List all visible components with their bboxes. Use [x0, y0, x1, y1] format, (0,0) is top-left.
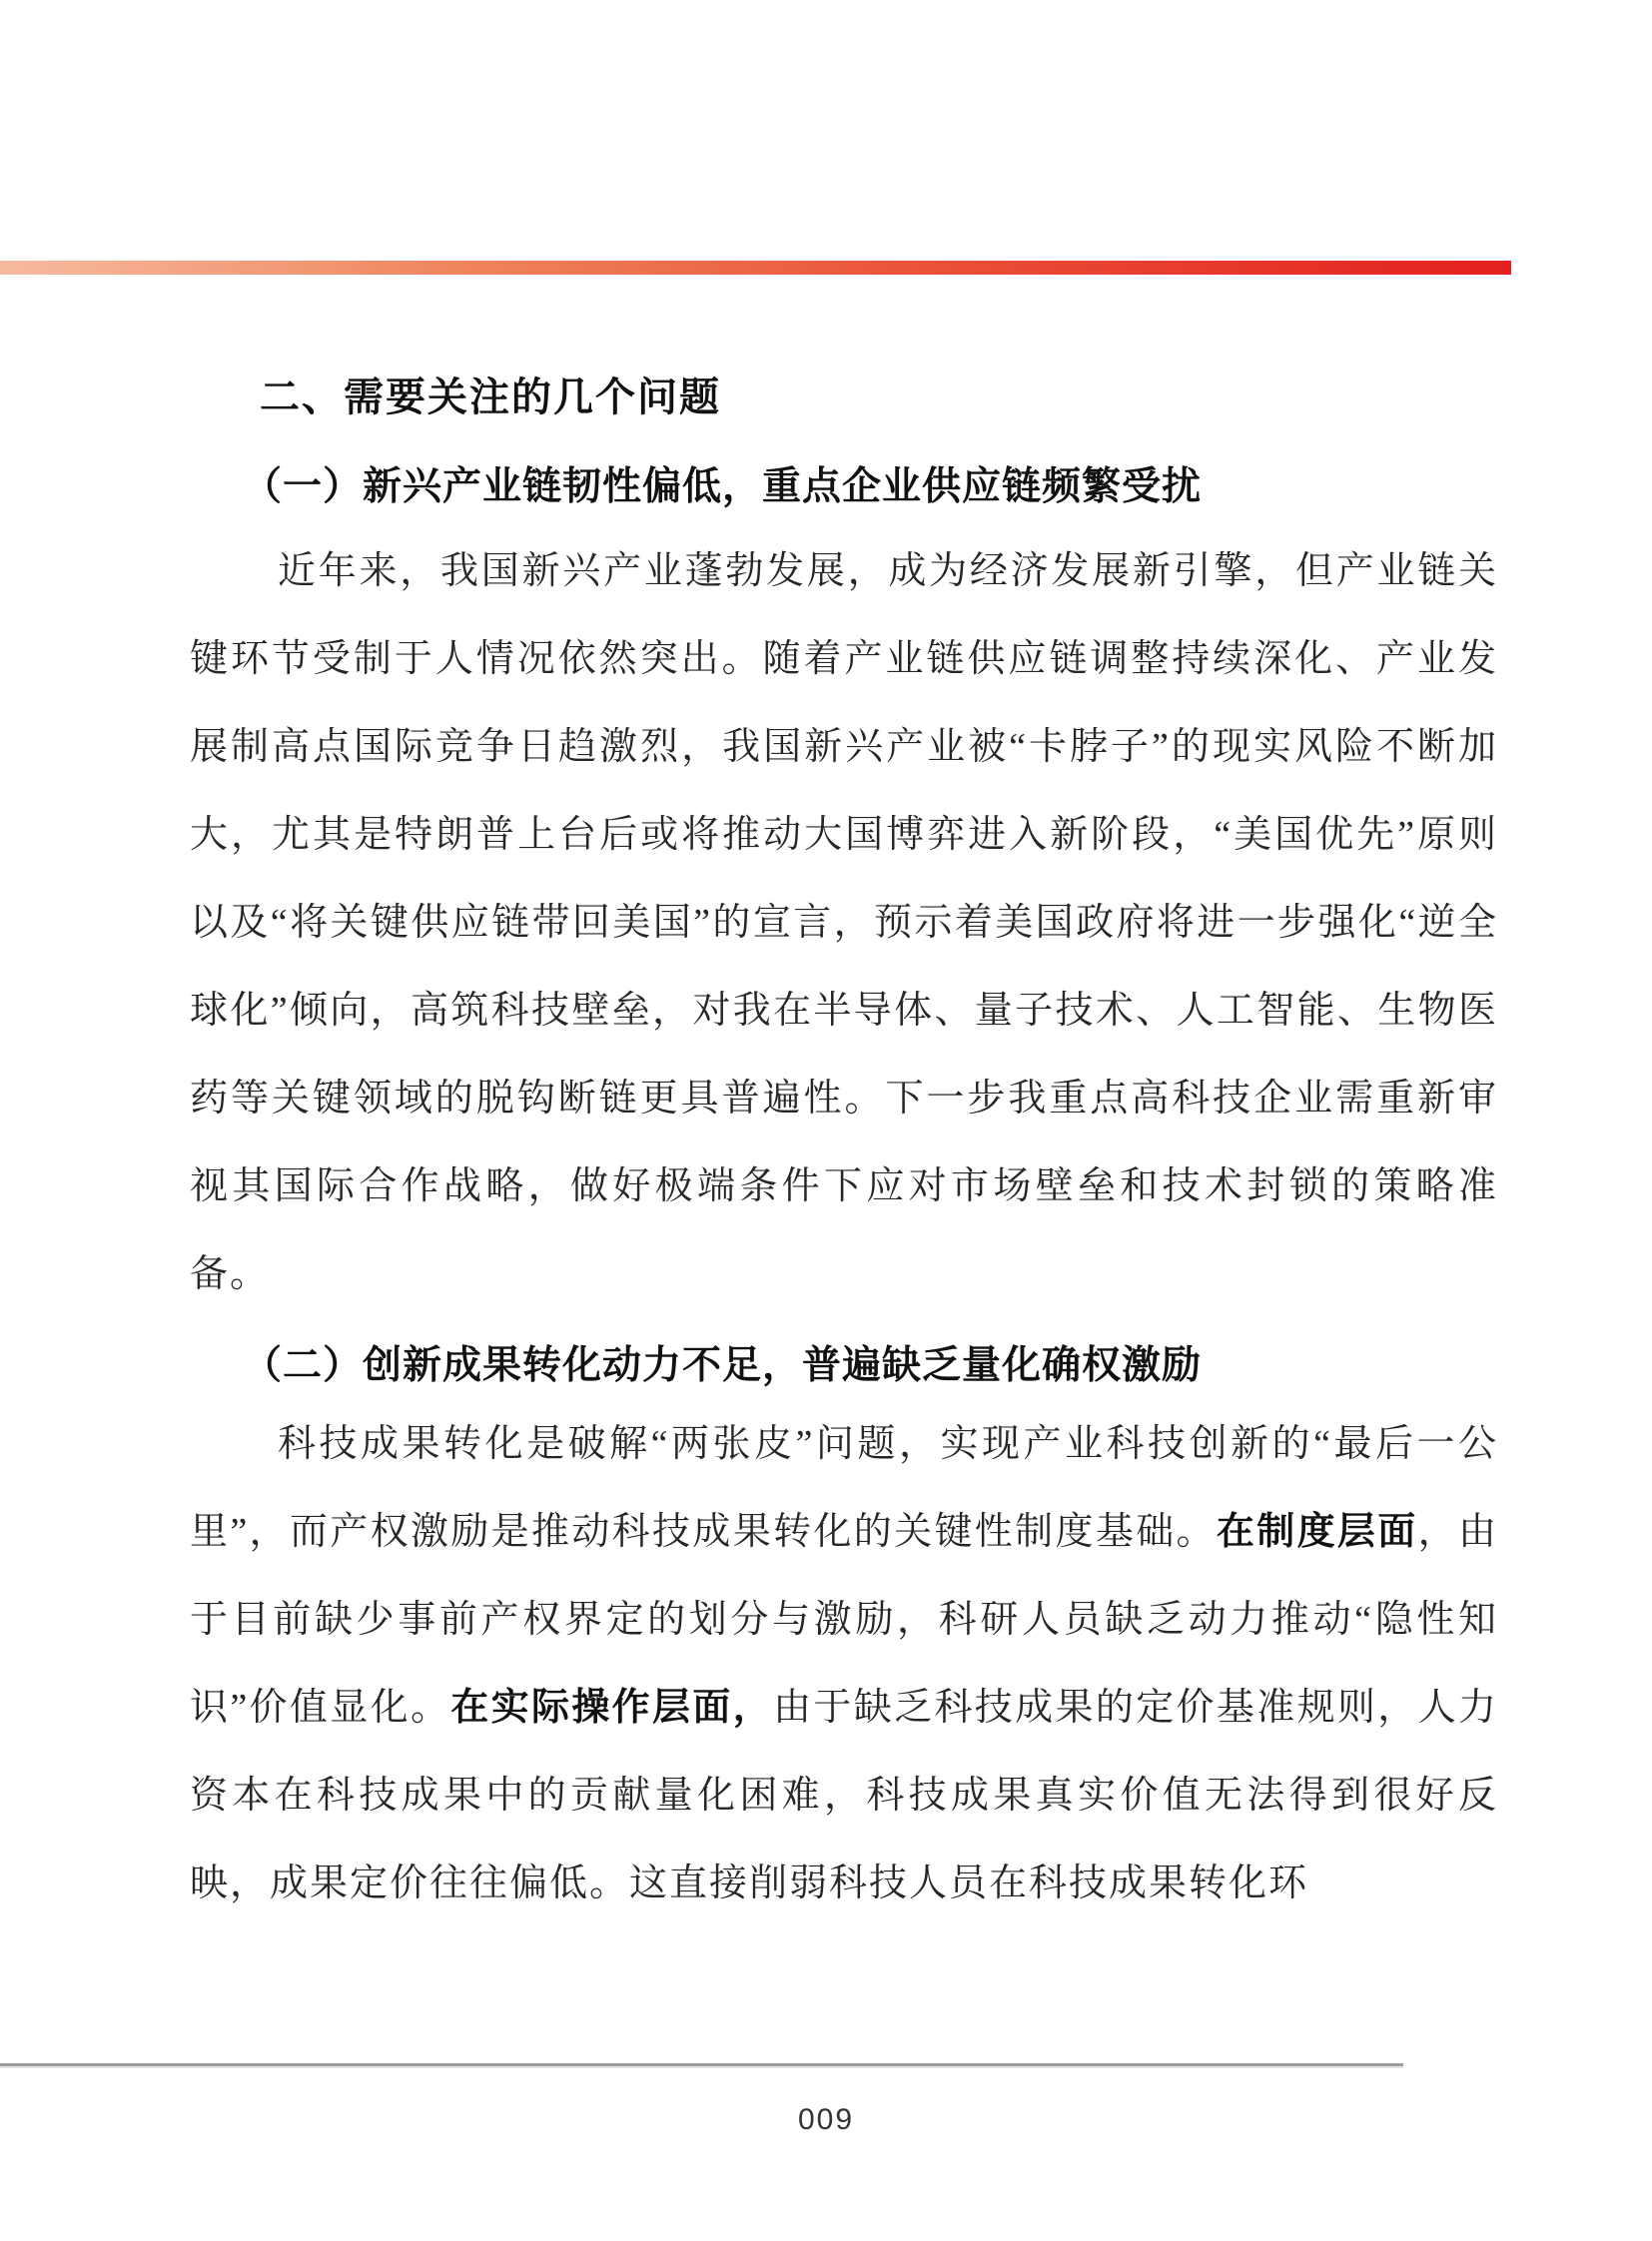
body-text: 近年来，我国新兴产业蓬勃发展，成为经济发展新引擎，但产业链关键环节受制于人情况依… [190, 550, 1498, 1295]
top-accent-bar [0, 261, 1511, 275]
footer-divider [0, 2063, 1403, 2068]
emphasis-text: 在实际操作层面， [450, 1687, 773, 1729]
document-page: 二、需要关注的几个问题 （一）新兴产业链韧性偏低，重点企业供应链频繁受扰 近年来… [0, 0, 1652, 2241]
subsection-heading-2: （二）创新成果转化动力不足，普遍缺乏量化确权激励 [243, 1334, 1202, 1390]
subsection-heading-1: （一）新兴产业链韧性偏低，重点企业供应链频繁受扰 [243, 455, 1202, 511]
paragraph-2: 科技成果转化是破解“两张皮”问题，实现产业科技创新的“最后一公里”，而产权激励是… [190, 1400, 1498, 1927]
page-number: 009 [0, 2103, 1652, 2137]
paragraph-1: 近年来，我国新兴产业蓬勃发展，成为经济发展新引擎，但产业链关键环节受制于人情况依… [190, 527, 1498, 1318]
emphasis-text: 在制度层面 [1217, 1511, 1418, 1553]
section-title: 二、需要关注的几个问题 [260, 366, 721, 422]
